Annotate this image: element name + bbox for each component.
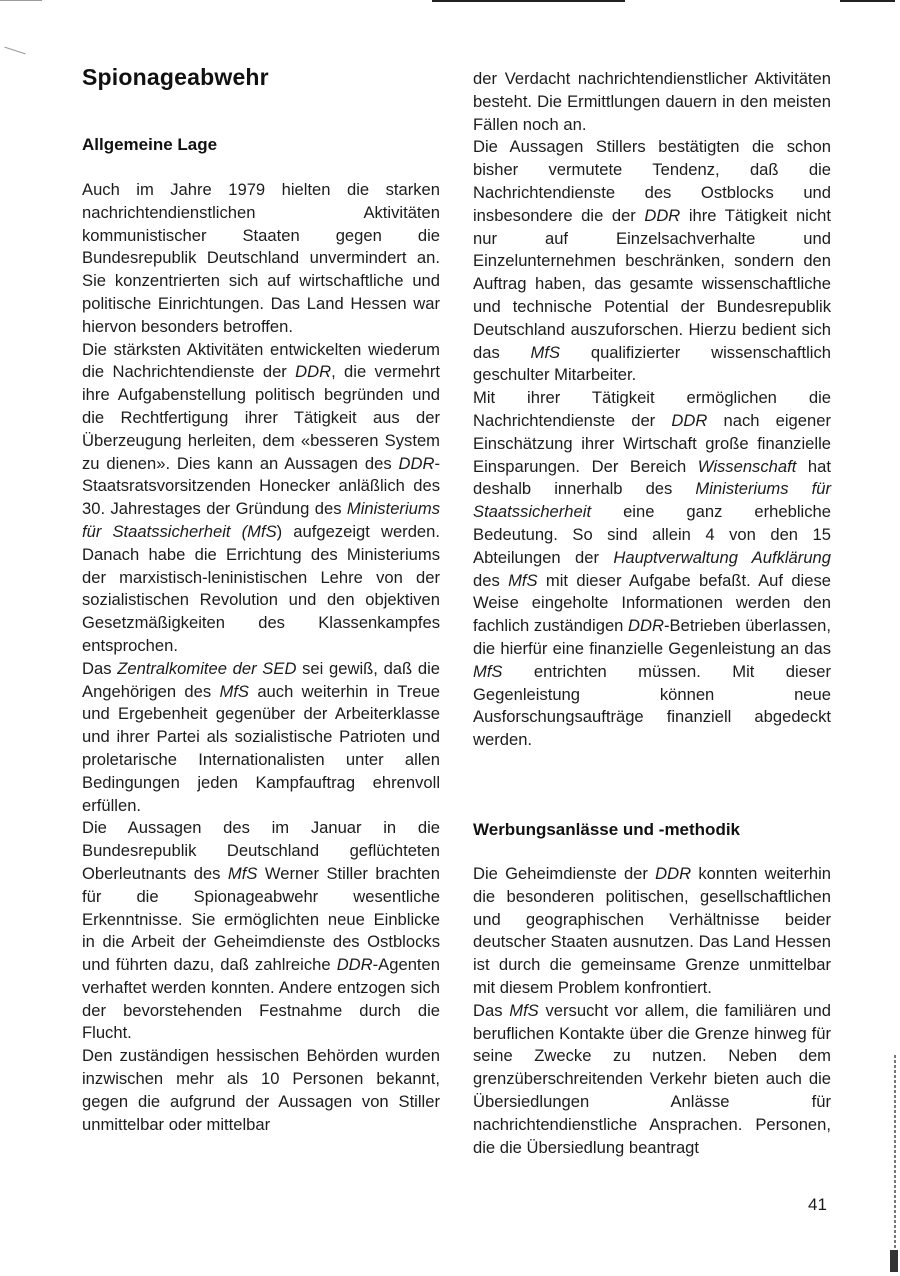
section-heading: Werbungsanlässe und -methodik [473,820,740,840]
right-column-bottom: Die Geheimdienste der DDR konnten weiter… [473,863,831,1159]
paragraph: Die Geheimdienste der DDR konnten weiter… [473,863,831,1000]
paragraph: Das MfS versucht vor allem, die familiär… [473,1000,831,1160]
page-title: Spionageabwehr [82,64,269,91]
paragraph: Die Aussagen Stillers bestätigten die sc… [473,136,831,387]
paragraph: Die stärksten Aktivitäten entwickelten w… [82,339,440,658]
paragraph: Mit ihrer Tätigkeit ermöglichen die Nach… [473,387,831,752]
paragraph: Auch im Jahre 1979 hielten die starken n… [82,179,440,339]
right-column-top: der Verdacht nachrichtendienstlicher Akt… [473,68,831,752]
scan-speck [4,47,25,55]
paragraph: Den zuständigen hessischen Behörden wurd… [82,1045,440,1136]
scan-edge-line [894,1055,896,1255]
paragraph: Das Zentralkomitee der SED sei gewiß, da… [82,658,440,818]
scan-edge-line [432,0,625,2]
left-column: Auch im Jahre 1979 hielten die starken n… [82,179,440,1136]
section-heading: Allgemeine Lage [82,135,217,155]
scan-edge-line [0,0,42,1]
paragraph: Die Aussagen des im Januar in die Bundes… [82,817,440,1045]
scan-edge-block [890,1250,898,1272]
scan-edge-line [840,0,895,2]
page-number: 41 [808,1195,827,1215]
paragraph: der Verdacht nachrichtendienstlicher Akt… [473,68,831,136]
